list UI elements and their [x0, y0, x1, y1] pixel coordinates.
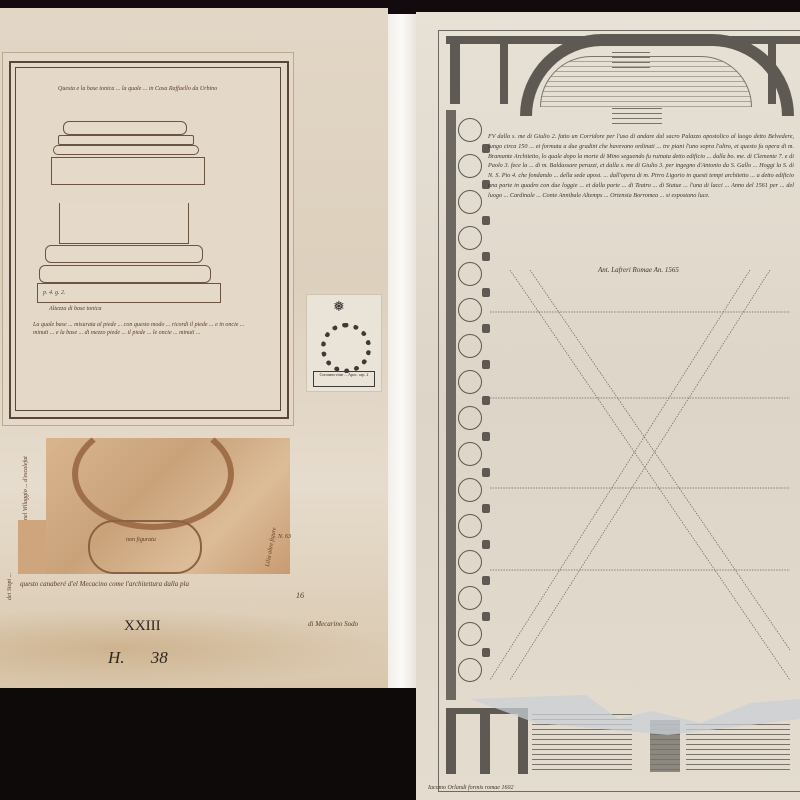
column-circle: [458, 298, 482, 322]
base-profile-shaft: [59, 203, 189, 244]
column-circle: [458, 406, 482, 430]
central-stair: [612, 104, 662, 128]
top-left-pier: [450, 44, 460, 104]
ceiling-side-note-left: nel Villaggio ... d'escalefat: [22, 440, 30, 520]
ceiling-caption: questo canaberé d'el Mecacino come l'arc…: [20, 580, 310, 588]
pier-icon: [482, 396, 490, 405]
corridor-colonnade: [446, 110, 490, 700]
column-circle: [458, 190, 482, 214]
pier-icon: [482, 360, 490, 369]
pier-icon: [482, 432, 490, 441]
ceiling-corner-number: N. 63: [278, 533, 291, 541]
eagle-icon: ❅: [333, 299, 345, 316]
profile-measure-label: p. 4. g. 2.: [43, 289, 66, 297]
ceiling-oval-panel: non figurata: [88, 520, 202, 574]
base-profile-torus: [63, 121, 187, 135]
column-circle: [458, 118, 482, 142]
pier-icon: [482, 576, 490, 585]
pier-icon: [482, 648, 490, 657]
column-circle: [458, 226, 482, 250]
engraving-signature: Ant. Lafreri Romae An. 1565: [598, 266, 679, 276]
column-circle: [458, 622, 482, 646]
column-circle: [458, 262, 482, 286]
album-spine-guard: [388, 14, 416, 690]
bookplate-banner: Coronam vitae ... Apoc. cap. 2: [313, 371, 375, 387]
ceiling-arch-motif: [72, 418, 234, 530]
page-number: 16: [296, 592, 304, 600]
profile-caption: Altezza di base tonica: [49, 305, 102, 313]
pier-icon: [482, 540, 490, 549]
engraving-description: FV dalla s. me di Giulio 2. fatto un Cor…: [488, 132, 794, 201]
column-circle: [458, 442, 482, 466]
roman-numeral-mark: XXIII: [124, 618, 161, 635]
pier-icon: [482, 252, 490, 261]
column-circle: [458, 586, 482, 610]
base-profile-scotia: [53, 145, 199, 155]
bottom-right-note: di Mecarino Sodo: [308, 620, 358, 628]
drawing-top-caption: Questa e la base tonica ... la quale ...…: [58, 85, 258, 93]
column-circle: [458, 658, 482, 682]
courtyard-diagonal-paths: [490, 270, 790, 680]
pier-icon: [482, 288, 490, 297]
background-void: [0, 688, 416, 800]
laurel-wreath-icon: [321, 323, 371, 373]
pier-icon: [482, 324, 490, 333]
base-profile-lower-torus-2: [39, 265, 211, 283]
pier-icon: [482, 504, 490, 513]
pier-icon: [482, 216, 490, 225]
column-circle: [458, 154, 482, 178]
ceiling-side-note-left-2: dei Siopi ...: [6, 540, 14, 600]
base-profile-plinth: [51, 157, 205, 185]
column-circle: [458, 514, 482, 538]
base-profile-band: [58, 135, 194, 145]
ceiling-sketch-left-tab: [18, 520, 48, 574]
column-circle: [458, 334, 482, 358]
wreath-bookplate: ❅ Coronam vitae ... Apoc. cap. 2: [306, 294, 382, 392]
pier-icon: [482, 468, 490, 477]
base-profile-lower-torus: [45, 245, 203, 263]
pier-icon: [482, 612, 490, 621]
section-pier: [446, 708, 456, 774]
drawing-notes: La quale base ... misurata al piede ... …: [33, 321, 253, 337]
shelfmark: H. 38: [108, 648, 168, 668]
column-base-drawing: Questa e la base tonica ... la quale ...…: [2, 52, 294, 426]
oval-inner-label: non figurata: [126, 536, 156, 544]
section-pier: [480, 708, 490, 774]
publisher-line: Iacomo Orlandi formis romae 1602: [428, 784, 513, 794]
top-left-pier-2: [500, 44, 508, 104]
column-circle: [458, 478, 482, 502]
column-circle: [458, 550, 482, 574]
column-circle: [458, 370, 482, 394]
hemicycle-niche: [612, 48, 650, 72]
